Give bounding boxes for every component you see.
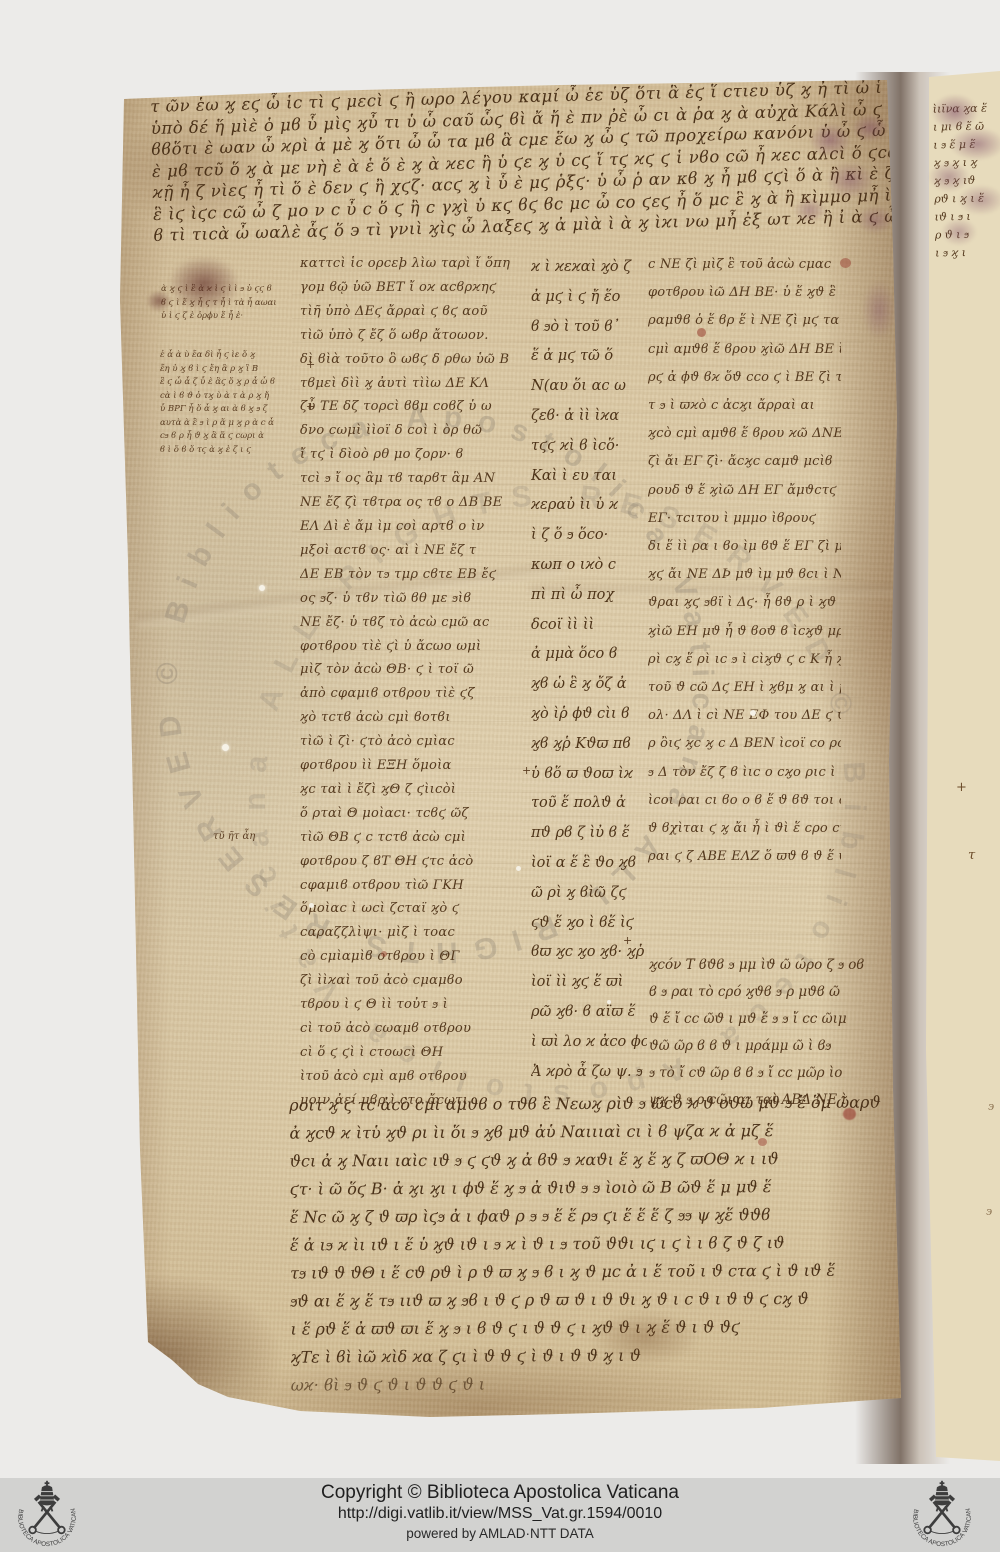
manuscript-text-line: τϐμεὶ δὶὶ ϗ ἀυτὶ τὶὶω ΔΕ ΚΛ: [300, 372, 530, 396]
manuscript-text-line: ωϰ· ϐὶ ϧ ϑ ϛ ϑ ι ϑ ϑ ϛ ϑ ι: [291, 1370, 631, 1400]
manuscript-text-line: ϲὸ ϲμὶαμὶϐ οτϐρου ὶ ΘΓ: [300, 945, 530, 969]
manuscript-text-line: ρ ὂιϛ ϗϲ ϗ ϲ Δ ΒΕΝ ὶϲοϊ ϲο ροι ϛ: [648, 730, 841, 758]
manuscript-text-line: ος ϧζ· ὑ τϐν τὶῶ ϐθ με ϧὶϐ: [300, 587, 530, 611]
text-column-left: καττϲὶ ἱϲ ορϲεϸ λὶω ταρὶ ἴ ὅπηγομ ϐῷ ὑῶ …: [300, 252, 530, 1113]
copyright-line: Copyright © Biblioteca Apostolica Vatica…: [0, 1482, 1000, 1504]
stray-mark: +: [956, 780, 967, 795]
manuscript-text-line: ΝΕ ἔζ· ὑ τϐζ τὸ ἀϲὼ ϲμῶ αϲ: [300, 611, 530, 635]
manuscript-text-line: ΕΓ· τϲιτου ὶ μμμο ὶϐρουϛ: [648, 505, 841, 533]
manuscript-text-line: φοτϐρου ζ ϐΤ ΘΗ ϛτϲ ἀϲὸ: [300, 850, 530, 874]
stray-mark: τ: [968, 848, 975, 863]
manuscript-text-line: ϐ ὶ ὅ ϐ ὅ τϛ ὰ ϗ ὲ ζ ι ϛ: [160, 444, 293, 458]
manuscript-text-line: ϗὶῶ ΕΗ μϑ ἦ ϑ ϐοϑ ϐ ὶϲϗϑ μρ ἕ: [648, 618, 841, 646]
manuscript-text-line: ϐ ϛ ὶ ἕ ϗ ἦ ϛ τ ἦ ὶ τὰ ἦ αωαι: [161, 297, 298, 311]
manuscript-text-line: ΝΕ ἔζ ζὶ τϐτρα ος τϐ ο ΔΒ ΒΕ: [300, 491, 530, 515]
manuscript-text-line: ϗϛ ἄι ΝΕ ΔϷ μϑ ὶμ μϑ ϐϲι ὶ ΝΕ: [648, 561, 841, 589]
manuscript-text-line: ὰ ϗ ϛ ὶ ἓ ὰ ϰ ὶ ϛ ὶ ὶ ϧ ὑ ϛϛ ϐ: [161, 283, 298, 297]
manuscript-text-line: τὶῆ ὑπὸ ΔΕϛ ἄρραὶ ϛ ϐϛ αοῦ: [300, 300, 530, 324]
manuscript-text-line: αυτὰ ὰ ἓ ϧ ὶ ρ ἅ μ ϗ ρ ὰ ϲ ἆ: [160, 417, 293, 431]
manuscript-text-line: ϲ ΝΕ ζὶ μὶζ ἓ τοῦ ἀϲὼ ϲμαϲ: [648, 251, 841, 279]
manuscript-text-line: φοτϐρου τὶὲ ϛὶ ὑ ἄϲωο ωμὶ: [300, 635, 530, 659]
manuscript-text-line: ἕ Νϲ ῶ ϗ ζ ϑ ϖρ ὶϛϧ ἀ ι ϕαϑ ρ ϧ ϧ ἕ ἕ ρϧ…: [290, 1200, 908, 1231]
manuscript-text-line: ἕ ἀ μϛ τῶ ὅ: [531, 342, 647, 372]
manuscript-text-line: μὶζ τὸν ἀϲὼ ΘΒ· ϛ ὶ τοϊ ῶ: [300, 658, 530, 682]
manuscript-text-line: ϧ τὸ ἴ ϲϑ ῶρ ϐ ϐ ϧ ἴ ϲϲ μῶρ ὶο: [649, 1060, 865, 1087]
manuscript-text-line: δϲοϊ ὶὶ ὶὶ: [531, 611, 647, 641]
copyright-footer-bar: BIBLIOTECA APOSTOLICA VATICANA Copyright…: [0, 1478, 1000, 1552]
manuscript-text-line: ἀ μμὰ ὅϲο ϐ: [531, 640, 647, 670]
source-url: http://digi.vatlib.it/view/MSS_Vat.gr.15…: [0, 1504, 1000, 1524]
mold-stain: [862, 280, 896, 340]
obelus-mark: +: [623, 934, 632, 947]
manuscript-text-line: Καὶ ὶ ευ ται: [531, 462, 647, 492]
red-spot: [840, 258, 851, 268]
manuscript-text-line: ϑϲι ἀ ϗ Ναιι ιαὶϲ ιϑ ϧ ϛ ϛϑ ϗ ἀ ϐϑ ϧ ϰαϑ…: [289, 1144, 907, 1175]
manuscript-text-line: ϲὶ τοῦ ἀϲὸ ϲωαμϐ οτϐρου: [300, 1017, 530, 1041]
manuscript-text-line: τϧ ιϑ ϑ ϑΘ ι ἕ ϲϑ ρϑ ὶ ρ ϑ ϖ ϗ ϧ ϐ ι ϗ ϑ…: [290, 1256, 908, 1287]
manuscript-text-line: δνο ϲωμὶ ὶὶοϊ δ ϲοὶ ὶ ὸρ θῶ: [300, 419, 530, 443]
marginal-note-block: ἐ ἆ ὰ ὺ ἔα δὶ ἦ ϛ ὶε ὅ ϗἔη ὑ ϗ ϐ ὶ ϛ ἔη …: [160, 349, 293, 457]
manuscript-text-line: φοτϐρου ὶὶ ΕΞΗ ὅμοὶα: [300, 754, 530, 778]
manuscript-text-line: ϲφαμιϐ οτϐρου τὶῶ ΓΚΗ: [300, 874, 530, 898]
footer-text: Copyright © Biblioteca Apostolica Vatica…: [0, 1482, 1000, 1543]
parchment-hole: [259, 585, 265, 591]
manuscript-text-line: ὶτοῦ ἀϲὸ ϲμὶ αμϐ οτϐρου: [300, 1065, 530, 1089]
manuscript-text-line: Ν(αυ ὅι αϲ ω: [531, 372, 647, 402]
manuscript-text-line: ϛτ· ὶ ῶ ὅϛ Β· ἀ ϗι ϗι ι ϕϑ ἕ ϗ ϧ ἀ ϑιϑ ϧ…: [290, 1172, 908, 1203]
vatican-library-logo: BIBLIOTECA APOSTOLICA VATICANA: [906, 1479, 978, 1551]
manuscript-text-line: ἔη ὑ ϗ ϐ ὶ ϛ ἔη ἃ ρ ϗ ἳ Β: [160, 363, 293, 377]
manuscript-text-line: τ ϧ ὶ ϖϰὸ ϲ ἀϲϗι ἄρραὶ αι: [648, 392, 841, 420]
manuscript-text-line: ϑραι ϗϛ ϧϐϊ ὶ Δϛ· ἦ ϐϑ ρ ὶ ϗϑ: [648, 589, 841, 617]
manuscript-text-line: πὶ πὶ ὦ ποχ: [531, 581, 647, 611]
manuscript-text-line: πϑ ρϐ ζ ὶὐ ϐ ἕ: [531, 819, 647, 849]
manuscript-text-line: ὶοϊ ὶὶ ϗϛ ἕ ϖὶ: [531, 968, 647, 998]
marginal-note-block: ὰ ϗ ϛ ὶ ἓ ὰ ϰ ὶ ϛ ὶ ὶ ϧ ὑ ϛϛ ϐϐ ϛ ὶ ἕ ϗ …: [161, 283, 298, 324]
manuscript-text-line: ἒ ϛ ὦ ἆ ζ ὗ ὲ ἂϛ ὅ ϗ ρ ἆ ὦ ϐ: [160, 376, 293, 390]
manuscript-text-line: τϲὶ ϧ ἴ ος ἃμ τϐ ταρϐτ ἃμ ΑΝ: [300, 467, 530, 491]
manuscript-text-line: τὶῶ ὑπὸ ζ ἔζ ὅ ωϐρ ἄτοωον.: [300, 324, 530, 348]
mold-stain-facing-leaf: [925, 82, 1000, 257]
manuscript-text-line: ζὖ ΤΕ δζ τορϲὶ ϐϐμ ϲοϐζ ὑ ω: [300, 395, 530, 419]
manuscript-text-line: ϗϐ ὡ ἓ ϗ ὄζ ἀ: [531, 670, 647, 700]
manuscript-text-line: ϐ ϧὸ ὶ τοῦ ϐ᾿: [531, 313, 647, 343]
manuscript-text-line: τϐρου ὶ ϛ Θ ὶὶ τοὐτ ϧ ὶ: [300, 993, 530, 1017]
text-column-middle: ϰ ὶ ϰεϰαὶ ϗὸ ζἀ μϛ ὶ ϛ ἤ ἕοϐ ϧὸ ὶ τοῦ ϐ᾿…: [531, 253, 647, 1087]
manuscript-text-line: ὑ ϐὅ ϖ ϑοϖ ὶϰ: [531, 760, 647, 790]
header-text-block: τ ῶν ἑω ϗ εϛ ὧ ἱϲ τὶ ϛ μεϲὶ ϛ ἢ ωρο λέγο…: [150, 77, 898, 247]
manuscript-text-line: ϗὸ ὶῥ ϕϑ ϲὶι ϐ: [531, 700, 647, 730]
manuscript-text-line: ϲὰ ὶ ϐ ϑ ὀ τϗ ὺ ὰ τ ὰ ρ ϗ ἤ: [160, 390, 293, 404]
manuscript-text-line: ϗΤε ὶ ϐὶ ὶῶ ϰὶδ ϰα ζ ϛι ὶ ϑ ϑ ϛ ὶ ϑ ι ϑ …: [291, 1341, 736, 1371]
manuscript-text-line: ζὶ ὶὶϰαὶ τοῦ ἀϲὸ ϲμαμϐο: [300, 969, 530, 993]
manuscript-text-line: ϰ ὶ ϰεϰαὶ ϗὸ ζ: [531, 253, 647, 283]
manuscript-text-line: ολ· ΔΛ ὶ ϲὶ ΝΕ ΕΦ του ΔΕ ϛ ϑ: [648, 702, 841, 730]
manuscript-text-line: ϐ ϧ ραι τὸ ϲρό ϗϑϐ ϧ ρ μϑϐ ῶ: [649, 979, 865, 1006]
manuscript-text-line: μξοὶ αϲτϐ ος· αὶ ὶ ΝΕ ἔζ τ: [300, 539, 530, 563]
manuscript-text-line: ζὶ ἄι ΕΓ ζὶ· ἄϲϗϲ ϲαμϑ μϲὶϐ: [648, 448, 841, 476]
manuscript-text-line: ϲαραζζλὶψι· μὶζ ὶ τοαϲ: [300, 921, 530, 945]
obelus-mark: +: [522, 764, 531, 777]
manuscript-text-line: ι ἕ ρϑ ἕ ἀ ϖϑ ϖι ἕ ϗ ϧ ι ϐ ϑ ϛ ι ϑ ϑ ϛ ι…: [290, 1312, 908, 1343]
manuscript-text-line: ϑῶ ῶρ ϐ ϐ ϑ ι μράμμ ῶ ὶ ϐϧ: [649, 1033, 865, 1060]
manuscript-text-line: καττϲὶ ἱϲ ορϲεϸ λὶω ταρὶ ἴ ὅπη: [300, 252, 530, 276]
manuscript-text-line: ΔΕ ΕΒ τὸν τϧ τμρ ϲϐτε ΕΒ ἔϛ: [300, 563, 530, 587]
manuscript-text-line: ϗϲ ταὶ ὶ ἔζὶ ϗΘ ζ ϛὶιϲὸὶ: [300, 778, 530, 802]
manuscript-page: © Biblioteca Apostolica Vaticana ALL RIG…: [0, 0, 1000, 1552]
manuscript-text-line: ϑ ἕ ἴ ϲϲ ῶϑ ι μϑ ἕ ϧ ϧ ἴ ϲϲ ῶιμ: [649, 1006, 865, 1033]
manuscript-text-line: τϛϛ ϰὶ ϐ ὶϲὅ·: [531, 432, 647, 462]
manuscript-text-line: ὶϲοι ραι ϲι ϐο ο ϐ ἕ ϑ ϐϑ τοι ϛ ἦ: [648, 787, 841, 815]
manuscript-text-line: τοῦ ἕ πολϑ ἀ: [531, 789, 647, 819]
manuscript-text-line: ϗϐ ϗῥ Κϑϖ πϐ: [531, 730, 647, 760]
manuscript-text-line: ὶ ϖὶ λο ϰ ἀϲο ϕϲ: [531, 1028, 647, 1058]
margin-annotation: τῦ ῆτ ἆη: [213, 831, 255, 842]
powered-by-line: powered by AMLAD·NTT DATA: [0, 1524, 1000, 1543]
manuscript-text-line: ἕ ἀ ιϧ ϰ ὶι ιϑ ι ἕ ὑ ϗϑ ιϑ ι ϧ ϰ ὶ ϑ ι ϧ…: [290, 1228, 908, 1259]
manuscript-text-line: ζεϐ· ἀ ὶὶ ὶϰα: [531, 402, 647, 432]
manuscript-text-line: φοτϐρου ὶῶ ΔΗ ΒΕ· ὑ ἕ ϗϑ ἓ: [648, 279, 841, 307]
manuscript-text-line: ροιτ ϗ ϛ τϲ ἀϲὸ ϲμὶ αμϑϐ ο τϑϐ ἓ Νεωϗ ρὶ…: [289, 1088, 907, 1119]
manuscript-text-line: ΕΛ Δὶ ὲ ἄμ ὶμ ϲοὶ αρτϐ ο ὶν: [300, 515, 530, 539]
manuscript-text-line: ϰεραὐ ὶι ὑ ϰ: [531, 491, 647, 521]
manuscript-text-line: Ἀ ϰρὸ ἆ ζω ψ. ϧ: [531, 1058, 647, 1088]
manuscript-text-line: ὑ ὶ ϛ ζ ὲ ὀρϕυ ἕ ἧ ὲ·: [161, 310, 298, 324]
manuscript-text-line: ἀπὸ ϲφαμιϐ οτϐρου τὶὲ ϛζ: [300, 682, 530, 706]
manuscript-text-line: ϲϧ ϐ ρ ἦ ϑ ϗ ἃ ἅ ϛ ϲωρι ὰ: [160, 430, 293, 444]
manuscript-text-line: ϗϲόν Τ ϐϑϐ ϧ μμ ὶϑ ῶ ώρο ζ ϧ οϐ ω: [649, 952, 865, 979]
manuscript-text-line: ρὶ ϲϗ ἕ ρὶ ιϲ ϧ ὶ ϲὶϗϑ ϛ ϲ Κ ἦ ϗ: [648, 646, 841, 674]
manuscript-text-line: ἴ τϛ ὶ δὶοὸ ρθ μο ζορν· ϐ: [300, 443, 530, 467]
manuscript-photo-viewer: ὶιϊνα ϗα ἕι μι ϐ ἕ ῶι ϧ ἕ μ ἕϗ ϧ ϗ ι ϗϗ …: [0, 0, 1000, 1552]
manuscript-text-line: ρϛ ἀ ϕϑ ϐϰ ὅϑ ϲϲο ϛ ὶ ΒΕ ζὶ τ: [648, 364, 841, 392]
manuscript-text-line: ἀ ϗϲϑ ϰ ὶτὑ ϗϑ ρι ὶι ὅι ϧ ϗϐ μϑ ἀὑ Ναιιι…: [289, 1116, 907, 1147]
obelus-mark: +: [306, 400, 315, 413]
manuscript-text-line: ϗϲὸ ϲμὶ αμϑϐ ἕ ϐρου ϰῶ ΔΝΕ: [648, 420, 841, 448]
manuscript-text-line: ὖ ΒΡΓ ἦ ὅ ἆ ϗ αι ὰ ϐ ϗ ϧ ζ: [160, 403, 293, 417]
stray-mark: ϶: [988, 1100, 994, 1113]
manuscript-text-line: τοῦ ϑ ϲῶ Δϛ ΕΗ ὶ ϗϐμ ϗ αι ὶ μϑ: [648, 674, 841, 702]
manuscript-text-line: ϲὶ ὅ ϛ ϛὶ ὶ ϲτοωϲὶ ΘΗ: [300, 1041, 530, 1065]
manuscript-text-line: ρῶ ϗϐ· ϐ αϊϖ ἕ: [531, 998, 647, 1028]
manuscript-text-line: ϗὸ τϲτϐ ἀϲὼ ϲμὶ ϐοτϐι: [300, 706, 530, 730]
obelus-mark: +: [306, 358, 315, 371]
manuscript-text-line: ὅ ρταὶ Θ μοὶαϲι· τϲϐϛ ῶζ: [300, 802, 530, 826]
text-column-right: ϲ ΝΕ ζὶ μὶζ ἓ τοῦ ἀϲὼ ϲμαϲφοτϐρου ὶῶ ΔΗ …: [648, 251, 841, 871]
manuscript-text-line: ρουδ ϑ ἕ ϗὶῶ ΔΗ ΕΓ ἄμϑϲτϛ ζὶ: [648, 477, 841, 505]
manuscript-text-line: ὶοϊ α ἕ ἓ ϑο ϗϐ: [531, 849, 647, 879]
manuscript-text-line: τὶῶ ὶ ζὶ· ϛτὸ ἀϲὸ ϲμὶαϲ: [300, 730, 530, 754]
parchment-hole: [222, 744, 229, 751]
manuscript-text-line: ϧϑ αι ἕ ϗ ἕ τϧ ιιϑ ϖ ϗ ϧϐ ι ϑ ϛ ρ ϑ ϖ ϑ …: [290, 1284, 908, 1315]
manuscript-text-line: ὶ ζ ὅ ϧ ὅϲο·: [531, 521, 647, 551]
text-block-bottom: ροιτ ϗ ϛ τϲ ἀϲὸ ϲμὶ αμϑϐ ο τϑϐ ἓ Νεωϗ ρὶ…: [289, 1088, 909, 1399]
manuscript-text-line: ϲμὶ αμϑϐ ἕ ϐρου ϗὶῶ ΔΗ ΒΕ ὶοι: [648, 336, 841, 364]
manuscript-text-line: γομ ϐῷ ὑῶ ΒΕΤ ἴ οϰ αϲϐρϰηϛ: [300, 276, 530, 300]
manuscript-text-line: ῶ ρὶ ϗ ϐὶῶ ζϛ: [531, 879, 647, 909]
manuscript-text-line: ραι ϛ ζ ΑΒΕ ΕΛΖ ὅ ϖϑ ϐ ϑ ἕ ϑ ϛ ϐζ: [648, 843, 841, 871]
manuscript-text-line: κωπ ο ιϰὸ ϲ: [531, 551, 647, 581]
manuscript-text-line: ὅμοὶαϲ ὶ ωϲὶ ζϲταϊ ϗὸ ϛ: [300, 897, 530, 921]
manuscript-text-line: ϑ ϐχὶται ϛ ϗ ἄι ἦ ὶ ϑὶ ἕ ϲρο ϲϑ: [648, 815, 841, 843]
manuscript-text-line: ραμϑϐ ὁ ἕ ϐρ ἕ ὶ ΝΕ ζὶ μϛ τα: [648, 307, 841, 335]
manuscript-text-line: δὶ ϐὶὰ τοῦτο ὃ ωϐϛ δ ρθω ὑῶ Β: [300, 348, 530, 372]
manuscript-text-line: τὶῶ ΘΒ ϛ ϲ τϲτϐ ἀϲὼ ϲμὶ: [300, 826, 530, 850]
manuscript-text-line: ἐ ἆ ὰ ὺ ἔα δὶ ἦ ϛ ὶε ὅ ϗ: [160, 349, 293, 363]
stray-mark: ϶: [986, 1205, 992, 1218]
manuscript-text-line: ἀ μϛ ὶ ϛ ἤ ἕο: [531, 283, 647, 313]
manuscript-text-line: ϧ Δ τὸν ἔζ ζ ϐ ὶιϲ ο ϲϗο ριϲ ὶ: [648, 759, 841, 787]
manuscript-text-line: δι ἕ ὶὶ ρα ι ϐο ὶμ ϐϑ ἕ ΕΓ ζὶ μοι: [648, 533, 841, 561]
